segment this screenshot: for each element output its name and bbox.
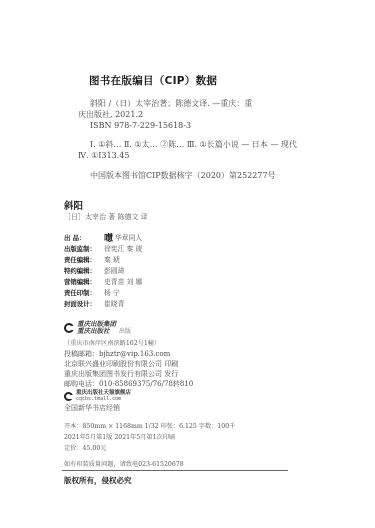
format-specs: 开本：850mm × 1168mm 1/32 印张：6.125 字数：100千 [64, 423, 235, 431]
book-title: 斜阳 [64, 198, 83, 212]
credit-row-editor: 责任编辑：秦 琥 [64, 255, 142, 266]
credit-row-special-editor: 特约编辑：彭圆琦 [64, 266, 142, 277]
credit-label: 责任编辑： [64, 255, 104, 266]
credit-row-cover-design: 封面设计：崔晓青 [64, 299, 142, 310]
cip-heading: 图书在版编目（CIP）数据 [89, 73, 217, 88]
credit-value: 崔晓青 [104, 300, 124, 308]
credit-row-supervisor: 出版监制：徐宪江 秦 琥 [64, 244, 142, 255]
credit-row-printing: 责任印制：杨 宁 [64, 288, 142, 299]
credit-value: 徐宪江 秦 琥 [104, 245, 142, 253]
publisher-logo-text: 重庆出版集团 重庆出版社 [77, 321, 116, 335]
publisher-logo-icon [64, 323, 74, 333]
publisher-logo: 重庆出版集团 重庆出版社 出版 [64, 320, 131, 335]
mail-order-phone: 邮购电话：010-85869375/76/78转810 [64, 380, 193, 389]
publisher-suffix: 出版 [119, 326, 131, 335]
cip-classification-line1: Ⅰ. ①斜… Ⅱ. ①太… ②陈… Ⅲ. ①长篇小说 — 日本 — 现代 [90, 140, 297, 150]
rights-notice: 版权所有，侵权必究 [64, 475, 132, 486]
credit-value: 彭圆琦 [104, 267, 124, 275]
credit-value: 华章同人 [115, 234, 142, 242]
credit-value: 杨 宁 [104, 289, 120, 297]
submission-email: 投稿邮箱：bjhztr@vip.163.com [64, 350, 170, 359]
credit-value: 史青苗 刘 娜 [104, 278, 142, 286]
credit-label: 责任印制： [64, 288, 104, 299]
credit-row-marketing: 营销编辑：史青苗 刘 娜 [64, 277, 142, 288]
book-authors: ［日］太宰治 著 陈德文 译 [64, 213, 148, 222]
cip-entry-line2: 庆出版社, 2021.2 [78, 110, 143, 120]
cip-isbn: ISBN 978-7-229-15618-3 [90, 121, 191, 131]
credit-label: 出 品： [64, 233, 104, 244]
quality-notice: 如有印装质量问题，请致电023-61520678 [64, 461, 184, 469]
copyright-page: 图书在版编目（CIP）数据 斜阳 /（日）太宰治著；陈德文译. —重庆：重 庆出… [0, 0, 375, 528]
distributor-line: 重庆出版集团图书发行有限公司 发行 [64, 370, 178, 379]
divider [62, 470, 288, 471]
edition-info: 2021年5月第1版 2021年5月第1次印刷 [64, 434, 175, 442]
credit-row-producer: 出 品：嚖华章同人 [64, 233, 142, 244]
cip-classification-line2: Ⅳ. ①I313.45 [78, 151, 129, 161]
publisher-address: （重庆市南岸区南滨路162号1幢） [64, 340, 160, 348]
price: 定价：45.00元 [64, 445, 106, 453]
printer-line: 北京联兴盛业印刷股份有限公司 印刷 [64, 360, 178, 369]
credits-list: 出 品：嚖华章同人 出版监制：徐宪江 秦 琥 责任编辑：秦 琥 特约编辑：彭圆琦… [64, 233, 142, 310]
credit-label: 封面设计： [64, 299, 104, 310]
producer-logo-icon: 嚖 [104, 235, 113, 244]
credit-value: 秦 琥 [104, 256, 120, 264]
cip-verification: 中国版本图书馆CIP数据核字（2020）第252277号 [90, 171, 276, 181]
tmall-store: 重庆出版社天猫旗舰店 cqcbs.tmall.com [64, 390, 131, 402]
tmall-store-url: cqcbs.tmall.com [76, 396, 131, 402]
credit-label: 出版监制： [64, 244, 104, 255]
credit-label: 特约编辑： [64, 266, 104, 277]
tmall-logo-icon [64, 392, 73, 401]
credit-label: 营销编辑： [64, 277, 104, 288]
cip-entry-line1: 斜阳 /（日）太宰治著；陈德文译. —重庆：重 [90, 99, 252, 109]
sales-line: 全国新华书店经销 [64, 404, 120, 413]
